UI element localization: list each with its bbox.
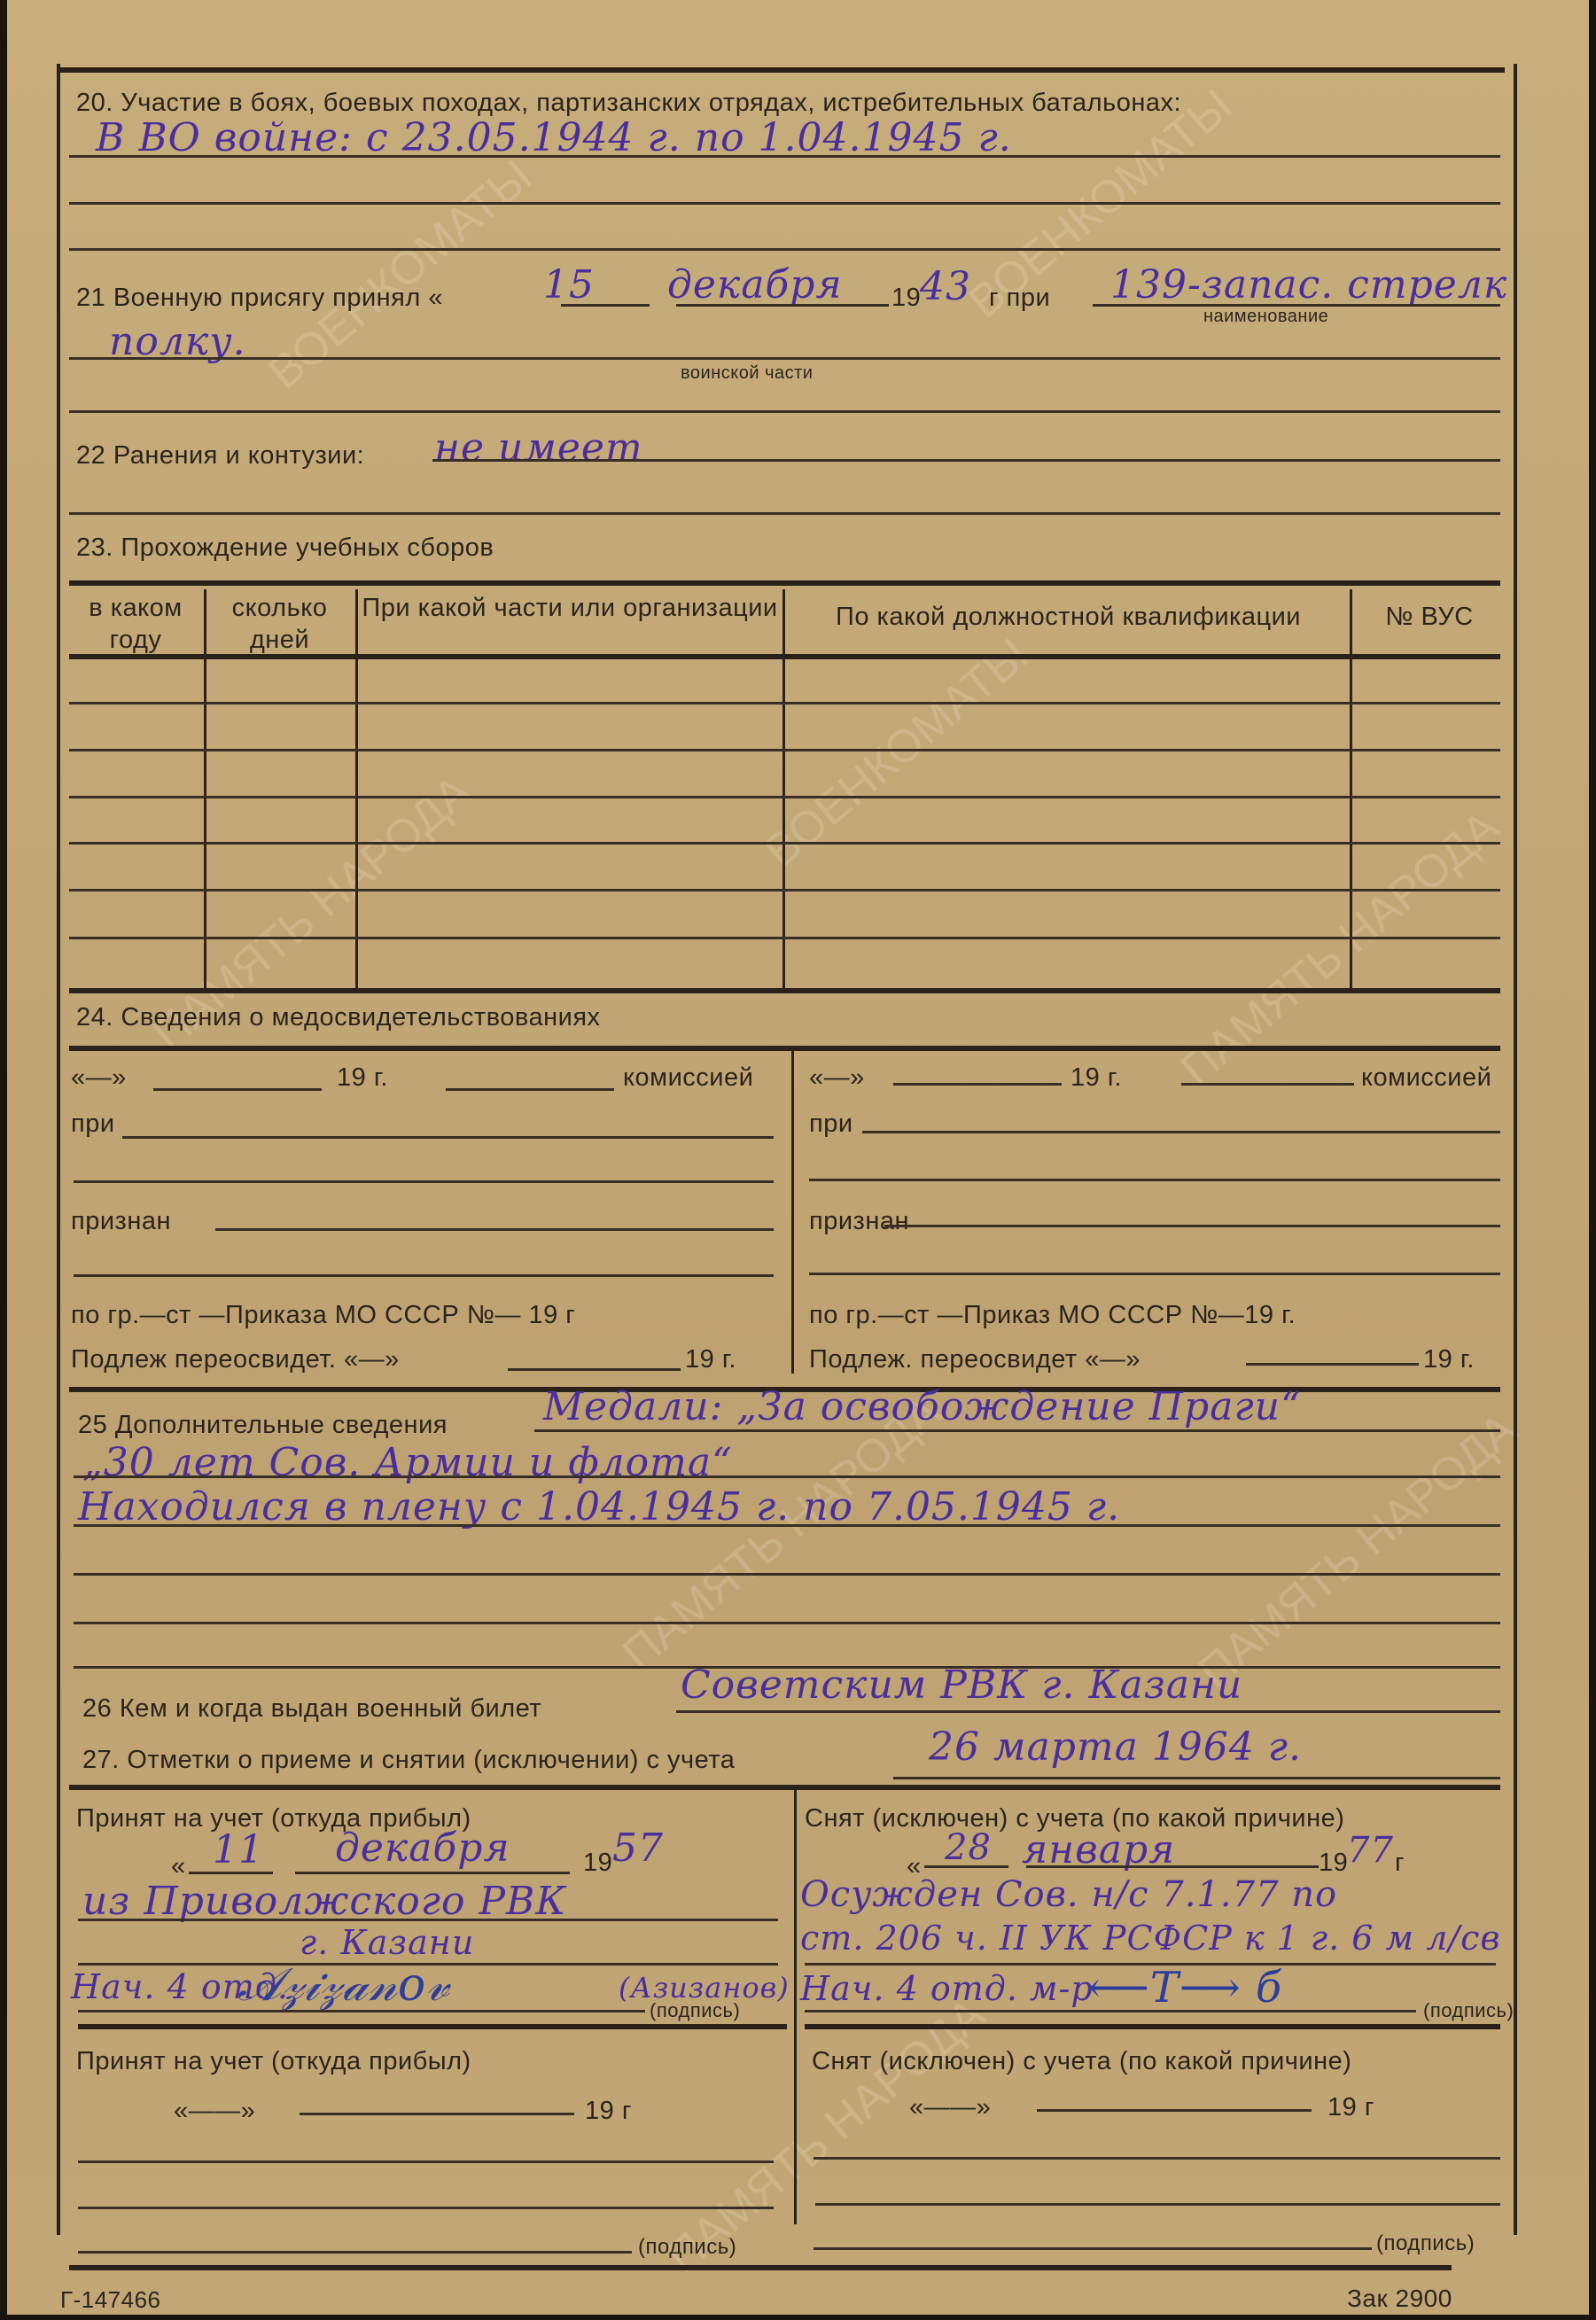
col-divider (355, 589, 358, 988)
rule (69, 1046, 1500, 1051)
s23-col-days: сколько дней (206, 592, 353, 656)
rule (814, 2247, 1372, 2250)
table-row-rule (69, 702, 1500, 705)
rule (189, 1872, 273, 1874)
footer-order-number: Зак 2900 (1347, 2285, 1452, 2313)
s24r-priznan: признан (809, 1207, 909, 1236)
s21-year: 43 (920, 264, 971, 309)
accepted2-sign-caption: (подпись) (638, 2235, 736, 2260)
rule (78, 2251, 632, 2254)
s24r-order: по гр.—ст —Приказ МО СССР №—19 г. (809, 1301, 1296, 1330)
col-divider (1350, 589, 1352, 988)
removed1-line3: Нач. 4 отд. м-р (800, 1969, 1094, 2008)
rule (676, 1710, 1500, 1713)
s24l-priznan: признан (71, 1207, 171, 1236)
s24r-commission: комиссией (1361, 1063, 1491, 1093)
rule (508, 1368, 681, 1371)
rule (893, 1083, 1062, 1086)
rule (815, 2203, 1500, 2206)
rule (1037, 2109, 1312, 2112)
table-row-rule (69, 796, 1500, 798)
rule (1026, 1865, 1319, 1868)
s24-label: 24. Сведения о медосвидетельствованиях (76, 1003, 601, 1032)
rule (74, 1622, 1500, 1624)
accepted2-label: Принят на учет (откуда прибыл) (76, 2047, 471, 2076)
rule (78, 2207, 774, 2209)
rule (534, 1429, 1500, 1432)
s21-day: 15 (543, 262, 595, 308)
s21-g-pri: г при (989, 284, 1050, 313)
rule (805, 2024, 1500, 2029)
s24r-year: 19 г. (1070, 1063, 1122, 1093)
s24l-reexam-year: 19 г. (685, 1345, 736, 1374)
accepted2-date: «——» (174, 2097, 255, 2126)
rule (74, 1475, 1500, 1478)
s23-col-unit: При какой части или организации (362, 592, 778, 624)
table-row-rule (69, 889, 1500, 891)
s25-label: 25 Дополнительные сведения (78, 1411, 448, 1440)
rule (74, 1274, 774, 1277)
s24r-reexam-year: 19 г. (1423, 1345, 1475, 1374)
col-divider (204, 589, 206, 988)
accepted1-year-prefix: 19 (583, 1849, 612, 1878)
rule (69, 155, 1500, 158)
s24r-pri: при (809, 1109, 853, 1139)
rule (893, 1777, 1500, 1779)
removed1-line1: Осужден Сов. н/с 7.1.77 по (800, 1874, 1337, 1915)
rule (924, 1865, 1008, 1868)
s25-line2: „30 лет Сов. Армии и флота“ (82, 1440, 733, 1485)
rule (153, 1088, 322, 1091)
table-row-rule (69, 842, 1500, 845)
rule (78, 2160, 774, 2163)
rule (122, 1136, 774, 1139)
rule (69, 410, 1500, 413)
s22-value: не имеет (434, 425, 643, 471)
rule (809, 1179, 1500, 1181)
rule (805, 2010, 1416, 2012)
rule (74, 1573, 1500, 1576)
s21-label: 21 Военную присягу принял « (76, 284, 443, 313)
rule (74, 1524, 1500, 1527)
s24l-pri: при (71, 1109, 115, 1139)
removed1-year-suffix: г (1395, 1849, 1405, 1878)
rule (69, 202, 1500, 205)
bottom-rule (69, 2265, 1452, 2270)
s24l-year: 19 г. (337, 1063, 388, 1093)
col-divider (794, 1790, 797, 2224)
s24l-order: по гр.—ст —Приказа МО СССР №— 19 г (71, 1301, 575, 1330)
rule (295, 1872, 570, 1874)
s23-col-year: в каком году (69, 592, 202, 656)
s26-label: 26 Кем и когда выдан военный билет (82, 1694, 541, 1724)
rule (69, 988, 1500, 993)
s26-value: Советским РВК г. Казани (681, 1662, 1242, 1708)
rule (561, 304, 650, 307)
removed1-year: 77 (1347, 1830, 1394, 1871)
removed1-line2: ст. 206 ч. II УК РСФСР к 1 г. 6 м л/св (800, 1919, 1500, 1958)
removed1-signature: ⟵Т⟶ б (1088, 1963, 1282, 2012)
rule (69, 357, 1500, 360)
rule (78, 2024, 787, 2029)
accepted1-year: 57 (612, 1826, 664, 1871)
top-rule (60, 67, 1505, 73)
s27-value: 26 марта 1964 г. (929, 1724, 1302, 1770)
s21-caption-unit: воинской части (681, 363, 813, 384)
s23-col-vus: № ВУС (1359, 603, 1500, 632)
rule (74, 1180, 774, 1183)
col-divider (791, 1050, 794, 1374)
accepted1-signature: 𝒜𝓏𝒾𝓏𝒶𝓃𝑜𝓋 (237, 1958, 450, 2012)
rule (69, 580, 1500, 586)
accepted1-sign-caption: (подпись) (650, 1999, 740, 2022)
s24l-date: «—» (71, 1063, 127, 1093)
s25-line3: Находился в плену с 1.04.1945 г. по 7.05… (78, 1484, 1120, 1530)
removed1-day: 28 (945, 1827, 992, 1868)
table-row-rule (69, 749, 1500, 751)
rule (69, 248, 1500, 251)
rule (862, 1131, 1500, 1133)
footer-form-number: Г-147466 (60, 2286, 161, 2314)
accepted1-line1: из Приволжского РВК (82, 1879, 566, 1924)
s24r-date: «—» (809, 1063, 865, 1093)
s21-unit: 139-запас. стрелк (1110, 262, 1507, 308)
document-page: ВОЕНКОМАТЫ ВОЕНКОМАТЫ ВОЕНКОМАТЫ ПАМЯТЬ … (7, 0, 1589, 2315)
accepted1-month: декабря (335, 1826, 510, 1871)
s21-month: декабря (667, 262, 843, 308)
rule (676, 304, 889, 307)
rule (1246, 1363, 1419, 1366)
s20-value: В ВО войне: с 23.05.1944 г. по 1.04.1945… (96, 115, 1012, 160)
removed2-label: Снят (исключен) с учета (по какой причин… (812, 2047, 1351, 2076)
s21-caption-name: наименование (1203, 307, 1328, 327)
accepted1-line2: г. Казани (300, 1923, 474, 1962)
removed2-year: 19 г (1327, 2093, 1374, 2122)
accepted1-day: 11 (213, 1827, 264, 1872)
s23-col-qualification: По какой должностной квалификации (787, 603, 1350, 632)
s24l-commission: комиссией (623, 1063, 753, 1093)
rule (446, 1088, 614, 1091)
rule (300, 2113, 574, 2115)
rule (432, 459, 1500, 462)
s24l-reexam: Подлеж переосвидет. «—» (71, 1345, 400, 1374)
removed2-date: «——» (909, 2093, 991, 2122)
rule (69, 512, 1500, 515)
col-divider (782, 589, 785, 988)
removed1-sign-caption: (подпись) (1423, 1999, 1514, 2022)
rule (78, 1919, 778, 1921)
s24r-reexam: Подлеж. переосвидет «—» (809, 1345, 1141, 1374)
rule (215, 1228, 774, 1231)
s25-line1: Медали: „За освобождение Праги“ (543, 1384, 1302, 1429)
removed2-sign-caption: (подпись) (1376, 2231, 1475, 2256)
quote-open: « (171, 1852, 186, 1881)
rule (884, 1225, 1500, 1227)
s23-label: 23. Прохождение учебных сборов (76, 533, 494, 563)
s20-label: 20. Участие в боях, боевых походах, парт… (76, 89, 1181, 118)
rule (78, 2010, 645, 2012)
accepted2-year: 19 г (585, 2097, 632, 2126)
s27-label: 27. Отметки о приеме и снятии (исключени… (82, 1746, 735, 1775)
s21-year-prefix: 19 (891, 284, 921, 313)
rule (69, 1785, 1500, 1790)
rule (1181, 1083, 1354, 1086)
table-row-rule (69, 937, 1500, 939)
s22-label: 22 Ранения и контузии: (76, 441, 364, 471)
rule (809, 1273, 1500, 1275)
rule (814, 2157, 1500, 2160)
